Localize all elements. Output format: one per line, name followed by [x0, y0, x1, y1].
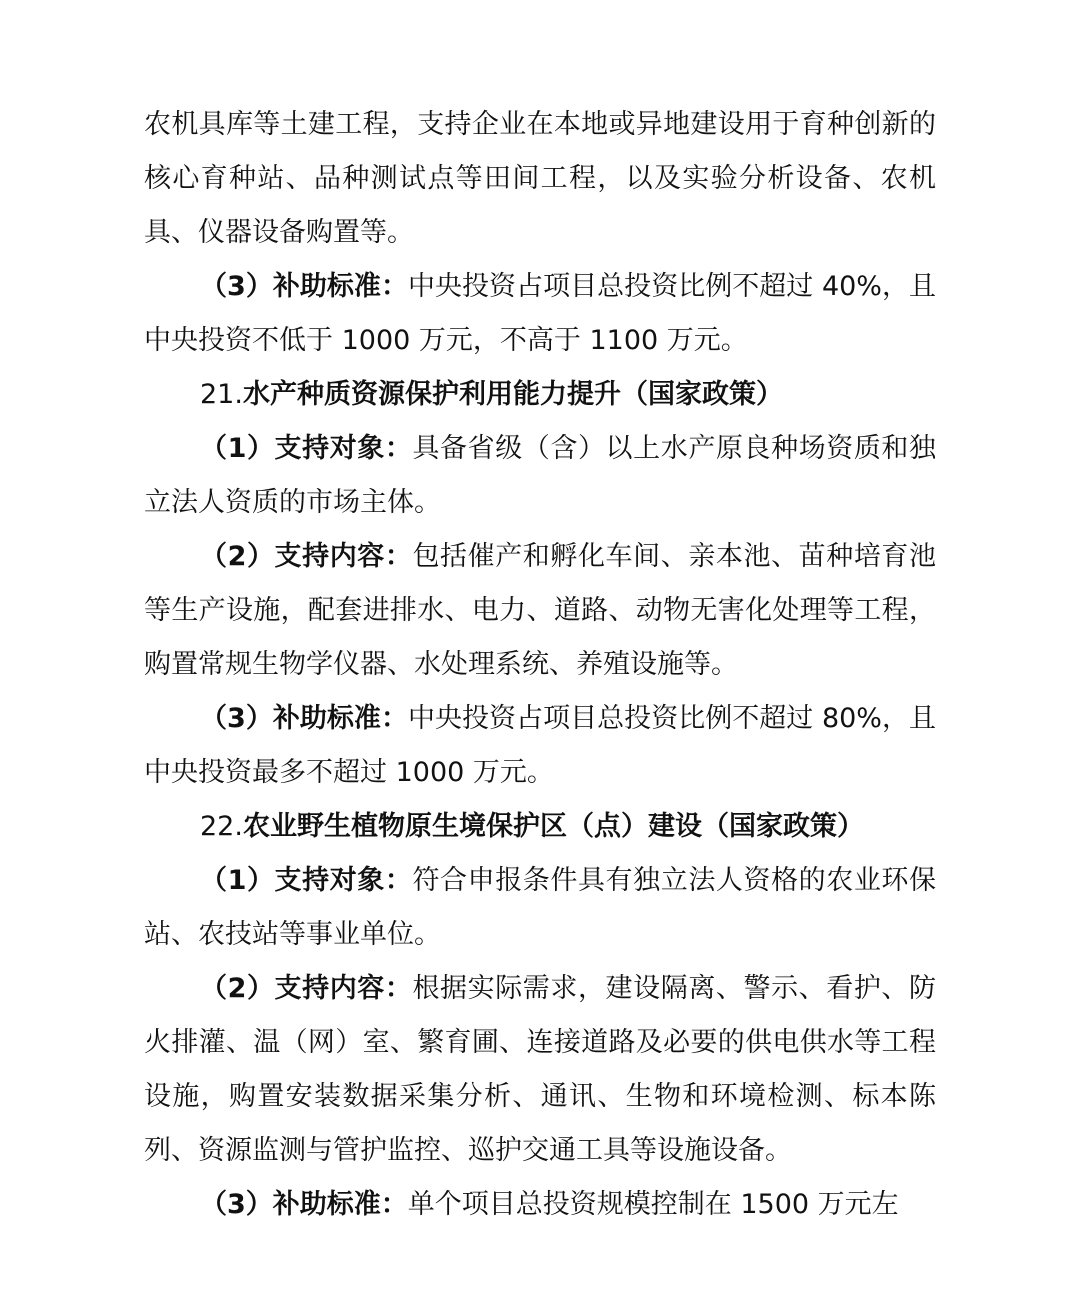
paragraph-label: （2）支持内容：: [200, 541, 412, 572]
paragraph-label: （3）补助标准：: [200, 271, 408, 302]
section-heading-22: 22.农业野生植物原生境保护区（点）建设（国家政策）: [144, 800, 936, 854]
paragraph-support-content-21: （2）支持内容：包括催产和孵化车间、亲本池、苗种培育池等生产设施，配套进排水、电…: [144, 530, 936, 692]
paragraph-label: （2）支持内容：: [200, 973, 412, 1004]
paragraph-subsidy-standard-21: （3）补助标准：中央投资占项目总投资比例不超过 80%，且中央投资最多不超过 1…: [144, 692, 936, 800]
paragraph-label: （3）补助标准：: [200, 703, 408, 734]
paragraph-support-target-22: （1）支持对象：符合申报条件具有独立法人资格的农业环保站、农技站等事业单位。: [144, 854, 936, 962]
paragraph-support-content-22: （2）支持内容：根据实际需求，建设隔离、警示、看护、防火排灌、温（网）室、繁育圃…: [144, 962, 936, 1178]
section-title: 水产种质资源保护利用能力提升（国家政策）: [243, 379, 783, 410]
paragraph-label: （1）支持对象：: [200, 865, 412, 896]
section-number: 21.: [200, 379, 243, 410]
paragraph-label: （3）补助标准：: [200, 1189, 408, 1220]
paragraph-subsidy-standard-20: （3）补助标准：中央投资占项目总投资比例不超过 40%，且中央投资不低于 100…: [144, 260, 936, 368]
section-heading-21: 21.水产种质资源保护利用能力提升（国家政策）: [144, 368, 936, 422]
paragraph-support-target-21: （1）支持对象：具备省级（含）以上水产原良种场资质和独立法人资质的市场主体。: [144, 422, 936, 530]
paragraph-label: （1）支持对象：: [200, 433, 412, 464]
paragraph-subsidy-standard-22: （3）补助标准：单个项目总投资规模控制在 1500 万元左: [144, 1178, 936, 1232]
section-title: 农业野生植物原生境保护区（点）建设（国家政策）: [243, 811, 864, 842]
paragraph-text: 单个项目总投资规模控制在 1500 万元左: [408, 1189, 899, 1220]
document-page: 农机具库等土建工程，支持企业在本地或异地建设用于育种创新的核心育种站、品种测试点…: [144, 98, 936, 1232]
section-number: 22.: [200, 811, 243, 842]
paragraph-text: 农机具库等土建工程，支持企业在本地或异地建设用于育种创新的核心育种站、品种测试点…: [144, 109, 936, 248]
paragraph-continued-support-content: 农机具库等土建工程，支持企业在本地或异地建设用于育种创新的核心育种站、品种测试点…: [144, 98, 936, 260]
